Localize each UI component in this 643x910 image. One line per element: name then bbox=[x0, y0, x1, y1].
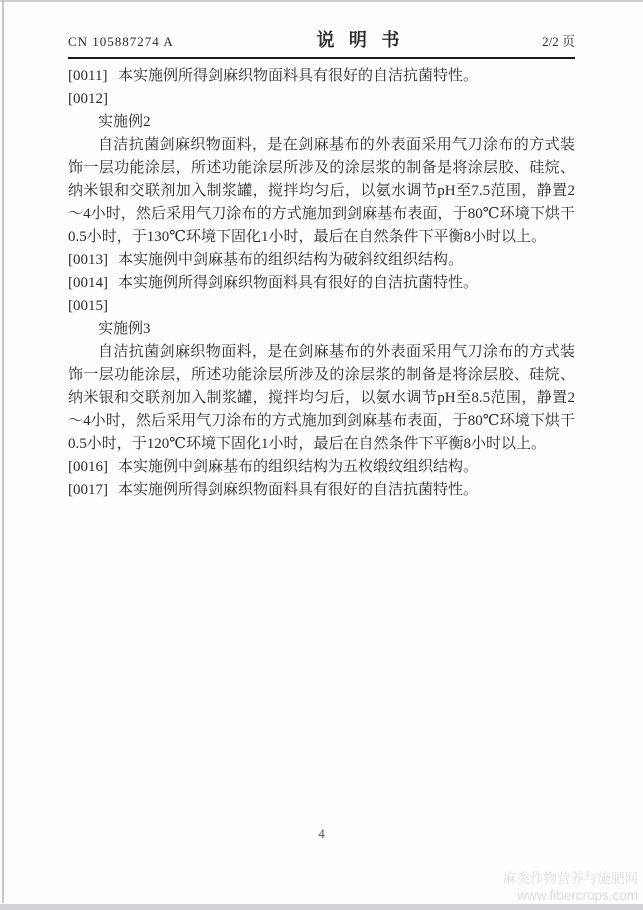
numbered-paragraph: [0016]本实施例中剑麻基布的组织结构为五枚缎纹组织结构。 bbox=[68, 456, 575, 479]
paragraph-number: [0012] bbox=[68, 88, 118, 111]
numbered-paragraph: [0015] bbox=[68, 295, 575, 318]
paragraph-number: [0013] bbox=[68, 249, 118, 272]
body-paragraph: 自洁抗菌剑麻织物面料，是在剑麻基布的外表面采用气刀涂布的方式装饰一层功能涂层，所… bbox=[68, 341, 575, 456]
example-subheading: 实施例2 bbox=[68, 111, 575, 134]
paragraph-number: [0016] bbox=[68, 456, 118, 479]
scan-edge-left bbox=[2, 0, 4, 903]
document-title: 说明书 bbox=[174, 26, 542, 52]
numbered-paragraph: [0013]本实施例中剑麻基布的组织结构为破斜纹组织结构。 bbox=[68, 249, 575, 272]
patent-specification-page: CN 105887274 A 说明书 2/2 页 [0011]本实施例所得剑麻织… bbox=[0, 0, 643, 910]
watermark: 麻类作物营养与施肥网 www.fibercrops.com bbox=[503, 870, 638, 904]
watermark-url: www.fibercrops.com bbox=[503, 887, 638, 904]
paragraph-number: [0011] bbox=[68, 65, 118, 88]
paragraph-text: 本实施例中剑麻基布的组织结构为破斜纹组织结构。 bbox=[118, 249, 575, 272]
page-content: CN 105887274 A 说明书 2/2 页 [0011]本实施例所得剑麻织… bbox=[68, 26, 575, 502]
paragraph-text: 本实施例所得剑麻织物面料具有很好的自洁抗菌特性。 bbox=[118, 65, 575, 88]
scan-edge-top bbox=[0, 0, 643, 2]
scan-edge-bottom bbox=[0, 904, 643, 910]
page-header: CN 105887274 A 说明书 2/2 页 bbox=[68, 26, 575, 54]
paragraph-text: 本实施例中剑麻基布的组织结构为五枚缎纹组织结构。 bbox=[118, 456, 575, 479]
paragraph-text: 本实施例所得剑麻织物面料具有很好的自洁抗菌特性。 bbox=[118, 479, 575, 502]
numbered-paragraph: [0017]本实施例所得剑麻织物面料具有很好的自洁抗菌特性。 bbox=[68, 479, 575, 502]
paragraph-text bbox=[118, 88, 575, 111]
document-body: [0011]本实施例所得剑麻织物面料具有很好的自洁抗菌特性。[0012]实施例2… bbox=[68, 65, 575, 502]
body-paragraph: 自洁抗菌剑麻织物面料，是在剑麻基布的外表面采用气刀涂布的方式装饰一层功能涂层，所… bbox=[68, 134, 575, 249]
example-subheading: 实施例3 bbox=[68, 318, 575, 341]
numbered-paragraph: [0011]本实施例所得剑麻织物面料具有很好的自洁抗菌特性。 bbox=[68, 65, 575, 88]
page-indicator: 2/2 页 bbox=[542, 31, 575, 50]
paragraph-text: 本实施例所得剑麻织物面料具有很好的自洁抗菌特性。 bbox=[118, 272, 575, 295]
numbered-paragraph: [0014]本实施例所得剑麻织物面料具有很好的自洁抗菌特性。 bbox=[68, 272, 575, 295]
numbered-paragraph: [0012] bbox=[68, 88, 575, 111]
paragraph-number: [0014] bbox=[68, 272, 118, 295]
watermark-site-name: 麻类作物营养与施肥网 bbox=[503, 870, 638, 887]
paragraph-number: [0015] bbox=[68, 295, 118, 318]
document-number: CN 105887274 A bbox=[68, 34, 174, 50]
header-rule bbox=[68, 57, 575, 59]
paragraph-number: [0017] bbox=[68, 479, 118, 502]
page-number: 4 bbox=[68, 826, 575, 842]
paragraph-text bbox=[118, 295, 575, 318]
